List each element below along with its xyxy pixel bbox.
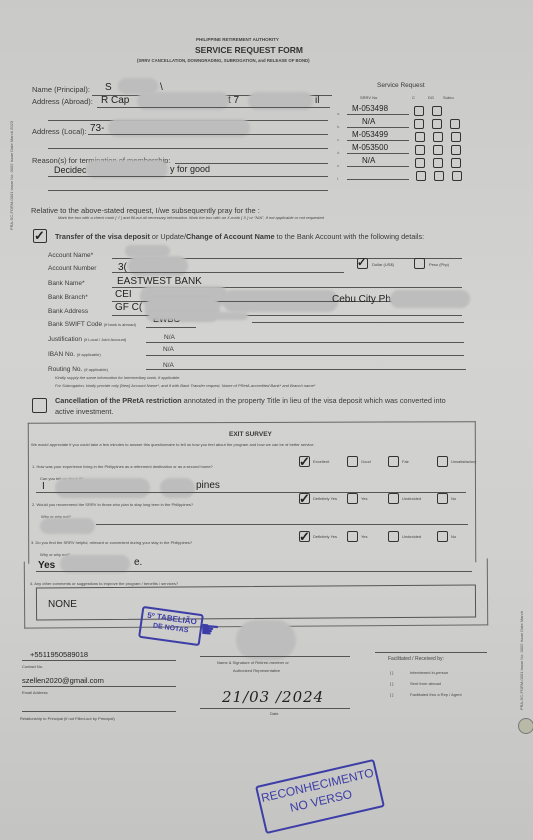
address-local-label: Address (Local): — [32, 127, 87, 136]
redaction — [148, 312, 248, 320]
bank-address-label: Bank Address — [48, 308, 88, 315]
justification-label: Justification (if Local / Joint Account) — [48, 336, 126, 343]
dollar-label: Dollar (US$) — [372, 262, 394, 267]
signature-label-2: Authorized Representative — [233, 668, 280, 673]
row-letter: a. — [337, 111, 340, 116]
exit-survey-intro: We would appreciate if you could take a … — [31, 442, 315, 447]
q1-option-checkbox[interactable] — [437, 456, 448, 467]
q2-option-checkbox[interactable] — [347, 493, 358, 504]
srrv-number[interactable]: M-053499 — [352, 130, 388, 139]
iban-label-text: IBAN No. — [48, 351, 75, 358]
transfer-label-end: to the Bank Account with the following d… — [275, 232, 425, 241]
srrv-number[interactable]: N/A — [362, 156, 375, 165]
col-c: C — [412, 95, 415, 100]
row-letter: b. — [337, 124, 340, 129]
email-value[interactable]: szellen2020@gmail.com — [22, 676, 104, 685]
q4-answer: NONE — [48, 599, 77, 610]
cancellation-label-text: annotated in the property Title in lieu … — [182, 396, 446, 405]
col-dg: DG — [428, 95, 434, 100]
iban-label: IBAN No. (if applicable) — [48, 351, 101, 358]
address-abroad-value-3: il — [315, 95, 319, 106]
swift-note: (if bank is abroad) — [104, 322, 136, 327]
q1-option-label: Good — [361, 459, 371, 464]
facilitated-option-label: Interviewed in-person — [410, 670, 448, 675]
q3-text: 3. Do you find the SRRV helpful, relevan… — [31, 540, 192, 545]
reason-value-end: y for good — [170, 164, 210, 174]
bank-branch-value[interactable]: CEI — [115, 289, 132, 300]
check-icon: ✓ — [357, 257, 366, 270]
iban-note: (if applicable) — [77, 352, 101, 357]
pointing-hand-icon: ☛ — [199, 616, 221, 644]
q1-option-label: Unsatisfactory — [451, 459, 476, 464]
q3-option-label: Definitely Yes — [313, 534, 337, 539]
pray-instruction: Mark the box with a check mark [ √ ] and… — [58, 215, 324, 220]
facilitated-option-label: Facilitated thru a Rep / Agent — [410, 692, 462, 697]
email-label: Email Address — [22, 690, 48, 695]
form-title: SERVICE REQUEST FORM — [195, 45, 303, 55]
q3-option-label: No — [451, 534, 456, 539]
address-abroad-value-2: t 7 — [228, 95, 239, 106]
bank-address-value-2: Cebu City Ph — [332, 294, 391, 305]
srrv-number[interactable]: M-053498 — [352, 104, 388, 113]
q1-answer[interactable]: I — [42, 481, 45, 492]
peso-label: Peso (Php) — [429, 262, 449, 267]
bank-note-2: For Subrogation, kindly provide only [Ne… — [55, 383, 315, 388]
address-abroad-label: Address (Abroad): — [32, 97, 93, 106]
contact-value[interactable]: +5511950589018 — [30, 650, 88, 659]
redaction — [40, 518, 95, 534]
subro-checkbox[interactable] — [451, 145, 461, 155]
row-letter: f. — [337, 176, 339, 181]
dg-checkbox[interactable] — [433, 158, 443, 168]
redaction — [160, 478, 195, 498]
account-number-label: Account Number — [48, 265, 96, 272]
facilitated-option-label: Sent from abroad — [410, 681, 441, 686]
form-code-right: PRA-SC-FORM-0001 Issue No. 0002 Issue Da… — [519, 611, 524, 710]
facilitated-label: Facilitated / Received by: — [388, 656, 444, 662]
check-icon: ✓ — [34, 229, 45, 242]
peso-checkbox[interactable] — [414, 258, 425, 269]
subro-checkbox[interactable] — [451, 158, 461, 168]
routing-value[interactable]: N/A — [163, 362, 174, 369]
q3-option-checkbox[interactable] — [347, 531, 358, 542]
facilitated-checkbox[interactable]: [ ] — [390, 670, 393, 675]
cancellation-label-2: active investment. — [55, 407, 113, 416]
redaction — [236, 620, 296, 660]
transfer-label-mid: or Update/ — [150, 232, 186, 241]
justification-value[interactable]: N/A — [164, 334, 175, 341]
exit-survey-title: EXIT SURVEY — [229, 431, 272, 438]
redaction — [390, 290, 470, 308]
authority-name: PHILIPPINE RETIREMENT AUTHORITY — [196, 37, 279, 42]
subro-checkbox[interactable] — [450, 119, 460, 129]
q1-text: 1. How was your experience living in the… — [32, 464, 213, 469]
bank-address-value[interactable]: GF C( — [115, 302, 142, 313]
swift-label: Bank SWIFT Code (if bank is abroad) — [48, 321, 136, 328]
form-code-left: PRA-SC-FORM-0001 Issue No. 0002 Issue Da… — [9, 121, 14, 230]
dg-checkbox[interactable] — [432, 119, 442, 129]
routing-label: Routing No. (if applicable) — [48, 366, 108, 373]
subro-checkbox[interactable] — [451, 132, 461, 142]
c-checkbox[interactable] — [414, 106, 424, 116]
redaction — [128, 256, 188, 276]
srrv-number[interactable]: M-053500 — [352, 143, 388, 152]
dg-checkbox[interactable] — [432, 106, 442, 116]
justification-label-text: Justification — [48, 336, 82, 343]
q2-text: 2. Would you recommend the SRRV to those… — [32, 502, 193, 507]
c-checkbox[interactable] — [416, 171, 426, 181]
check-icon: ✓ — [299, 530, 310, 543]
col-subro: Subro — [443, 95, 454, 100]
bank-branch-label: Bank Branch* — [48, 294, 88, 301]
q1-option-label: Fair — [402, 459, 409, 464]
c-checkbox[interactable] — [415, 145, 425, 155]
q4-text: 4. Any other comments or suggestions to … — [30, 581, 178, 586]
signature-line — [200, 656, 350, 657]
q1-option-label: Excellent — [313, 459, 329, 464]
relationship-label: Relationship to Principal (if not Filled… — [20, 716, 115, 721]
c-checkbox[interactable] — [415, 132, 425, 142]
swift-label-text: Bank SWIFT Code — [48, 321, 102, 328]
q2-option-label: Undecided — [402, 496, 421, 501]
name-label: Name (Principal): — [32, 85, 90, 94]
q2-option-label: No — [451, 496, 456, 501]
q2-option-checkbox[interactable] — [388, 493, 399, 504]
routing-label-text: Routing No. — [48, 366, 82, 373]
row-letter: c. — [337, 137, 340, 142]
q1-option-checkbox[interactable] — [388, 456, 399, 467]
q1-option-checkbox[interactable] — [347, 456, 358, 467]
cancellation-checkbox[interactable] — [32, 398, 47, 413]
cancellation-label: Cancellation of the PRetA restriction an… — [55, 396, 446, 405]
reason-value[interactable]: Decidec — [54, 165, 87, 175]
q2-option-checkbox[interactable] — [437, 493, 448, 504]
q2-option-label: Yes — [361, 496, 368, 501]
name-value[interactable]: S — [105, 82, 112, 93]
cancellation-label-bold: Cancellation of the PRetA restriction — [55, 396, 182, 405]
q1-answer-end: pines — [196, 480, 220, 491]
dg-checkbox[interactable] — [433, 145, 443, 155]
justification-note: (if Local / Joint Account) — [84, 337, 126, 342]
srrv-number[interactable]: N/A — [362, 117, 375, 126]
q3-option-checkbox[interactable] — [388, 531, 399, 542]
q3-option-checkbox[interactable] — [437, 531, 448, 542]
seal-icon — [518, 718, 533, 734]
address-local-value[interactable]: 73- — [90, 123, 104, 134]
facilitated-checkbox[interactable]: [ ] — [390, 681, 393, 686]
dg-checkbox[interactable] — [434, 171, 444, 181]
check-icon: ✓ — [299, 492, 310, 505]
recognition-stamp: RECONHECIMENTO NO VERSO — [255, 759, 385, 834]
check-icon: ✓ — [299, 455, 310, 468]
bank-note-1: Kindly supply the same information for I… — [55, 375, 180, 380]
row-letter: d. — [337, 150, 340, 155]
date-label: Date — [270, 711, 278, 716]
row-letter: e. — [337, 163, 340, 168]
col-srrv-no: SRRV No. — [360, 95, 378, 100]
q3-answer[interactable]: Yes — [38, 560, 55, 571]
redaction — [55, 478, 150, 498]
dg-checkbox[interactable] — [433, 132, 443, 142]
account-name-label: Account Name* — [48, 252, 93, 259]
transfer-label: Transfer of the visa deposit or Update/C… — [55, 232, 424, 241]
q2-option-label: Definitely Yes — [313, 496, 337, 501]
date-value[interactable]: 21/03 /2024 — [222, 688, 324, 706]
address-abroad-value[interactable]: R Cap — [101, 95, 129, 106]
c-checkbox[interactable] — [415, 158, 425, 168]
service-request-title: Service Request — [377, 82, 425, 89]
q3-option-label: Yes — [361, 534, 368, 539]
change-account-label: Change of Account Name — [186, 232, 275, 241]
bank-name-label: Bank Name* — [48, 280, 85, 287]
subro-checkbox[interactable] — [452, 171, 462, 181]
routing-note: (if applicable) — [84, 367, 108, 372]
q3-option-label: Undecided — [402, 534, 421, 539]
c-checkbox[interactable] — [414, 119, 424, 129]
contact-label: Contact No. — [22, 664, 43, 669]
form-subtitle: (SRRV CANCELLATION, DOWNGRADING, SUBROGA… — [137, 58, 310, 63]
pray-heading: Relative to the above-stated request, I/… — [31, 206, 260, 215]
signature-label: Name & Signature of Retiree-member or — [217, 660, 289, 665]
transfer-label-bold: Transfer of the visa deposit — [55, 232, 150, 241]
iban-value[interactable]: N/A — [163, 346, 174, 353]
facilitated-checkbox[interactable]: [ ] — [390, 692, 393, 697]
q3-answer-end: e. — [134, 557, 142, 568]
q4-answer-box[interactable] — [36, 584, 476, 620]
